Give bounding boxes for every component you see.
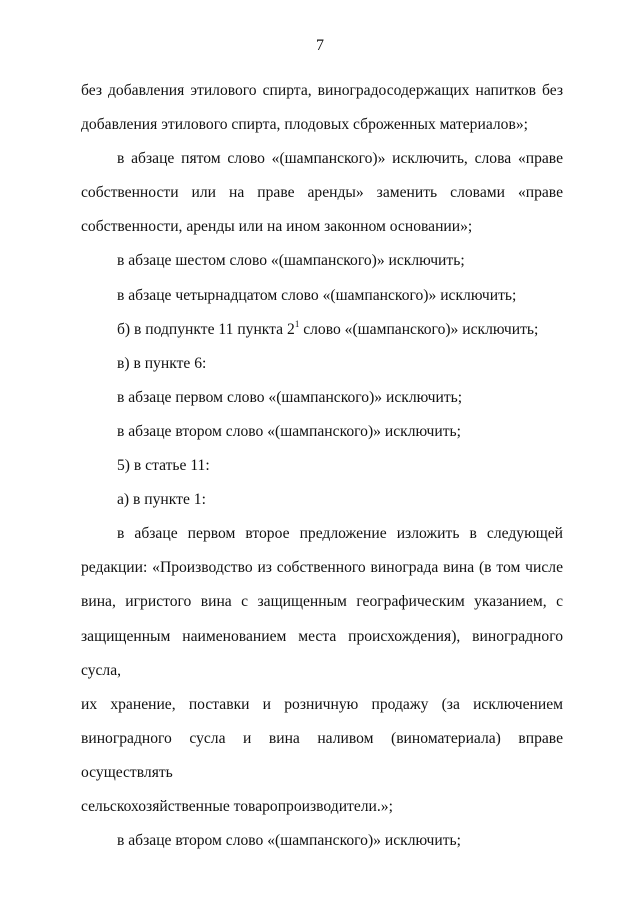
text-line: а) в пункте 1: bbox=[81, 483, 563, 517]
text-line: виноградного сусла и вина наливом (вином… bbox=[81, 722, 563, 790]
text-line: защищенным наименованием места происхожд… bbox=[81, 620, 563, 688]
text-line: в абзаце втором слово «(шампанского)» ис… bbox=[81, 415, 563, 449]
text-line: б) в подпункте 11 пункта 21 слово «(шамп… bbox=[81, 313, 563, 347]
text-line: 5) в статье 11: bbox=[81, 449, 563, 483]
text-line: редакции: «Производство из собственного … bbox=[81, 551, 563, 585]
text-line: без добавления этилового спирта, виногра… bbox=[81, 74, 563, 108]
text-line: в) в пункте 6: bbox=[81, 347, 563, 381]
text-line: собственности, аренды или на ином законн… bbox=[81, 210, 563, 244]
text-line: в абзаце первом второе предложение излож… bbox=[81, 517, 563, 551]
text-line: в абзаце втором слово «(шампанского)» ис… bbox=[81, 824, 563, 858]
page-number: 7 bbox=[0, 36, 640, 56]
text-line: в абзаце первом слово «(шампанского)» ис… bbox=[81, 381, 563, 415]
text-line: собственности или на праве аренды» замен… bbox=[81, 176, 563, 210]
text-segment: слово «(шампанского)» исключить; bbox=[299, 321, 538, 338]
text-line: их хранение, поставки и розничную продаж… bbox=[81, 688, 563, 722]
text-segment: б) в подпункте 11 пункта 2 bbox=[117, 321, 295, 338]
text-line: в абзаце пятом слово «(шампанского)» иск… bbox=[81, 142, 563, 176]
text-line: в абзаце шестом слово «(шампанского)» ис… bbox=[81, 244, 563, 278]
text-line: в абзаце четырнадцатом слово «(шампанско… bbox=[81, 279, 563, 313]
text-line: вина, игристого вина с защищенным геогра… bbox=[81, 585, 563, 619]
document-body: без добавления этилового спирта, виногра… bbox=[81, 74, 563, 858]
text-line: сельскохозяйственные товаропроизводители… bbox=[81, 790, 563, 824]
text-line: добавления этилового спирта, плодовых сб… bbox=[81, 108, 563, 142]
